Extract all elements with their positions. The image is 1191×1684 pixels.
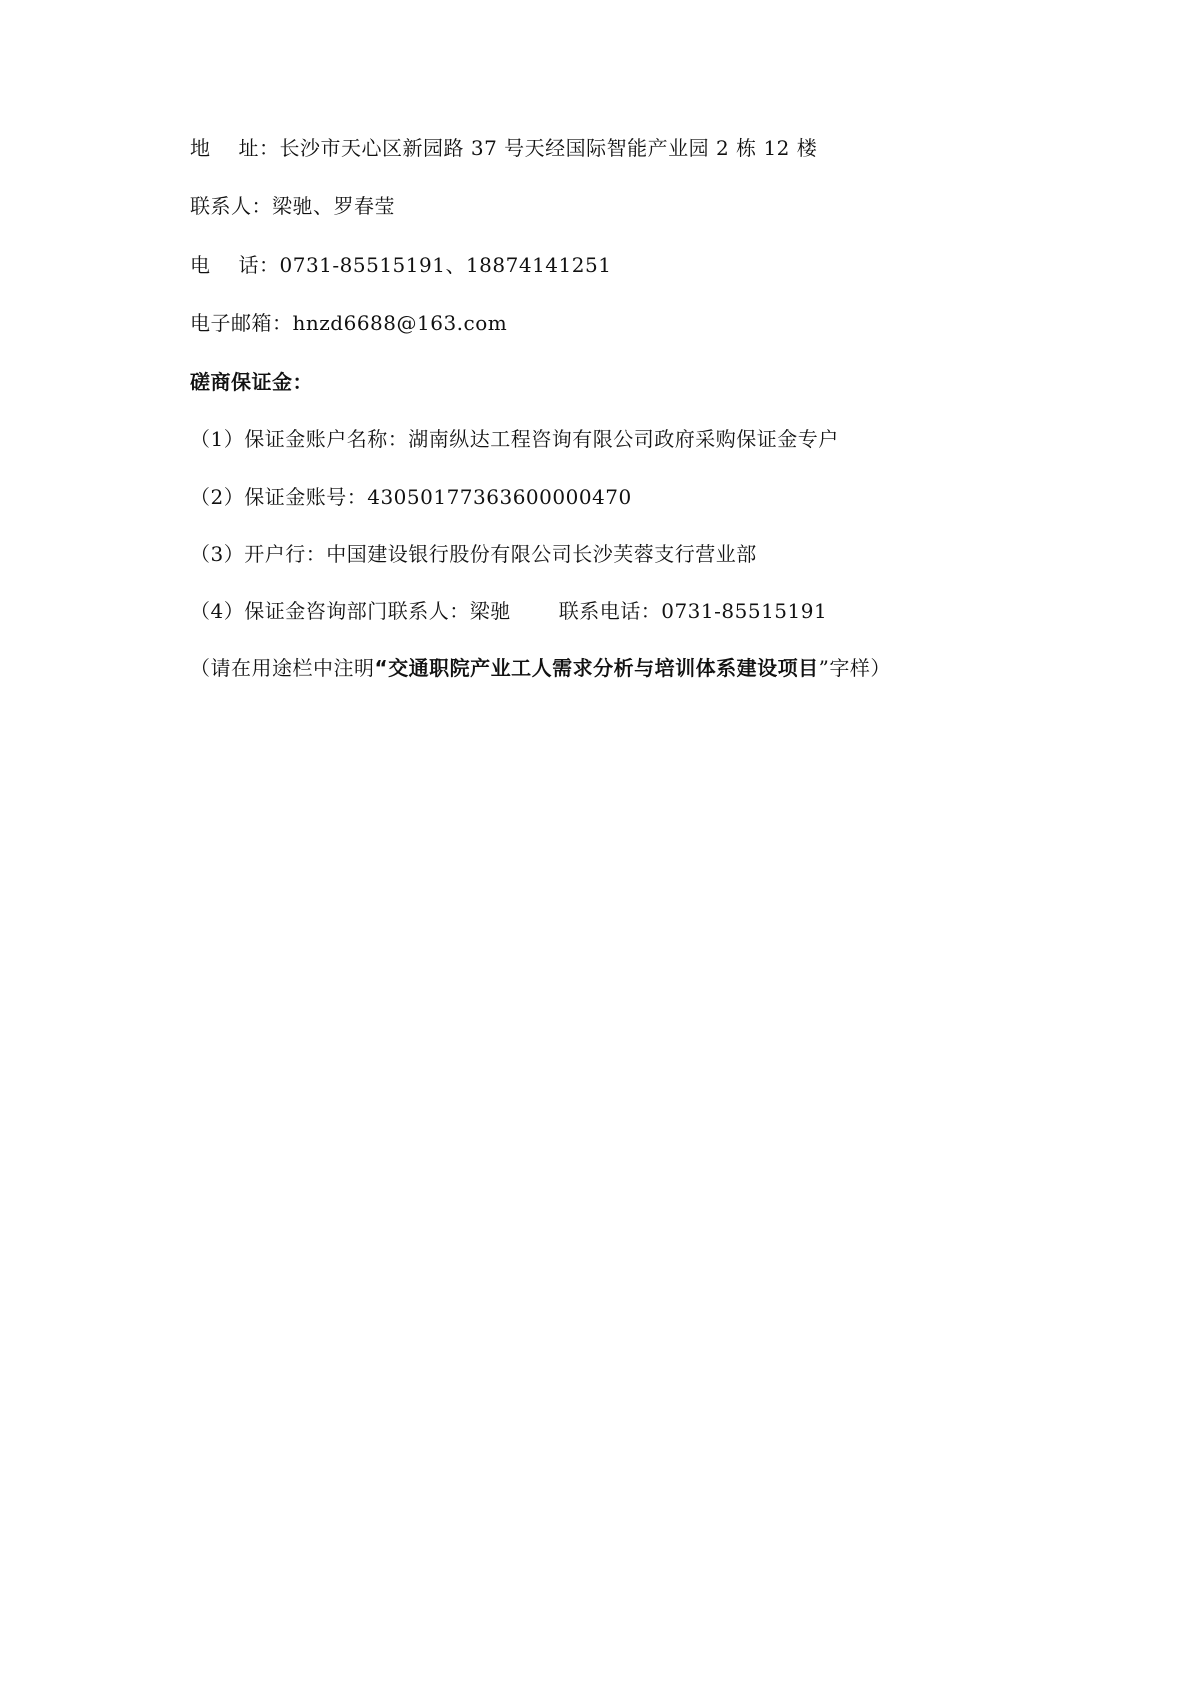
phone-label-1: 电 [190, 253, 211, 277]
item-prefix: （1） [190, 427, 244, 451]
address-label-2: 址： [239, 136, 280, 160]
address-label-1: 地 [190, 136, 211, 160]
note-suffix: 字样） [829, 656, 891, 680]
item-value: 湖南纵达工程咨询有限公司政府采购保证金专户 [408, 427, 839, 451]
note-close-quote: ” [819, 656, 830, 680]
deposit-item-2: （2）保证金账号：43050177363600000470 [190, 484, 632, 510]
item-label: 保证金账号： [244, 485, 367, 509]
item-prefix: （2） [190, 485, 244, 509]
email-value: hnzd6688@163.com [293, 311, 508, 335]
email-label: 电子邮箱： [190, 311, 293, 335]
item-value: 中国建设银行股份有限公司长沙芙蓉支行营业部 [326, 542, 757, 566]
document-page: 地址：长沙市天心区新园路 37 号天经国际智能产业园 2 栋 12 楼 联系人：… [0, 0, 1191, 1684]
deposit-note: （请在用途栏中注明“交通职院产业工人需求分析与培训体系建设项目”字样） [190, 655, 891, 681]
item-phone-value: 0731-85515191 [661, 599, 827, 623]
item-prefix: （4） [190, 599, 244, 623]
phone-label-2: 话： [239, 253, 280, 277]
deposit-item-3: （3）开户行：中国建设银行股份有限公司长沙芙蓉支行营业部 [190, 541, 757, 567]
item-phone-label: 联系电话： [559, 599, 662, 623]
note-prefix: （请在用途栏中注明 [190, 656, 375, 680]
deposit-title: 磋商保证金： [190, 369, 313, 395]
note-project-name: 交通职院产业工人需求分析与培训体系建设项目 [388, 656, 819, 680]
contact-person-value: 梁驰、罗春莹 [272, 194, 395, 218]
item-value: 梁驰 [470, 599, 511, 623]
note-open-quote: “ [375, 656, 389, 680]
contact-person-line: 联系人：梁驰、罗春莹 [190, 193, 395, 219]
email-line: 电子邮箱：hnzd6688@163.com [190, 310, 507, 336]
deposit-item-1: （1）保证金账户名称：湖南纵达工程咨询有限公司政府采购保证金专户 [190, 426, 839, 452]
item-label: 保证金咨询部门联系人： [244, 599, 470, 623]
deposit-item-4: （4）保证金咨询部门联系人：梁驰联系电话：0731-85515191 [190, 598, 827, 624]
item-value: 43050177363600000470 [367, 485, 632, 509]
item-label: 开户行： [244, 542, 326, 566]
item-prefix: （3） [190, 542, 244, 566]
contact-person-label: 联系人： [190, 194, 272, 218]
phone-value: 0731-85515191、18874141251 [280, 253, 612, 277]
address-line: 地址：长沙市天心区新园路 37 号天经国际智能产业园 2 栋 12 楼 [190, 135, 817, 161]
item-label: 保证金账户名称： [244, 427, 408, 451]
address-value: 长沙市天心区新园路 37 号天经国际智能产业园 2 栋 12 楼 [280, 136, 818, 160]
phone-line: 电话：0731-85515191、18874141251 [190, 252, 611, 278]
